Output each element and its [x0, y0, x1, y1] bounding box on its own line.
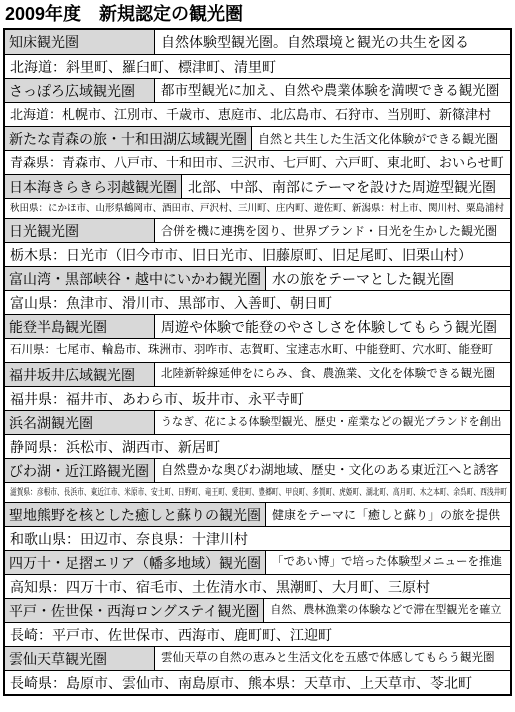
zone-name-cell: 平戸・佐世保・西海ロングステイ観光圏	[5, 599, 264, 622]
zone-description-cell: 健康をテーマに「癒しと蘇り」の旅を提供	[266, 503, 510, 526]
zone-header-row: さっぽろ広域観光圏都市型観光に加え、自然や農業体験を満喫できる観光圏	[5, 78, 510, 102]
zone-description-cell: 自然豊かな奥びわ湖地域、歴史・文化のある東近江へと誘客	[155, 459, 510, 482]
tourism-zone-table: 知床観光圏自然体験型観光圏。自然環境と観光の共生を図る北海道：斜里町、羅臼町、標…	[3, 28, 512, 696]
zone-name-cell: 四万十・足摺エリア（幡多地域）観光圏	[5, 551, 266, 574]
zone-header-row: 富山湾・黒部峡谷・越中にいかわ観光圏水の旅をテーマとした観光圏	[5, 266, 510, 290]
zone-members-row: 滋賀県：彦根市、長浜市、東近江市、米原市、安土町、日野町、竜王町、愛荘町、豊郷町…	[5, 482, 510, 502]
zone-description-cell: うなぎ、花による体験型観光、歴史・産業などの観光ブランドを創出	[155, 411, 510, 434]
zone-name-cell: 富山湾・黒部峡谷・越中にいかわ観光圏	[5, 267, 266, 290]
zone-members: 福井県：福井市、あわら市、坂井市、永平寺町	[10, 392, 304, 406]
zone-members-row: 富山県：魚津市、滑川市、黒部市、入善町、朝日町	[5, 290, 510, 314]
zone-description-cell: 水の旅をテーマとした観光圏	[266, 267, 510, 290]
zone-members-cell: 高知県：四万十市、宿毛市、土佐清水市、黒潮町、大月町、三原村	[5, 575, 510, 598]
zone-name: 能登半島観光圏	[9, 320, 107, 334]
zone-name: 新たな青森の旅・十和田湖広域観光圏	[9, 132, 247, 146]
zone-members-row: 長崎県：島原市、雲仙市、南島原市、熊本県：天草市、上天草市、苓北町	[5, 670, 510, 694]
zone-description: 合併を機に連携を図り、世界ブランド・日光を生かした観光圏	[161, 225, 497, 237]
zone-header-row: 新たな青森の旅・十和田湖広域観光圏自然と共生した生活文化体験ができる観光圏	[5, 126, 510, 150]
zone-description: 自然と共生した生活文化体験ができる観光圏	[258, 133, 498, 145]
zone-members-row: 北海道：札幌市、江別市、千歳市、恵庭市、北広島市、石狩市、当別町、新篠津村	[5, 102, 510, 126]
zone-members-cell: 北海道：斜里町、羅臼町、標津町、清里町	[5, 55, 510, 78]
zone-description-cell: 北陸新幹線延伸をにらみ、食、農漁業、文化を体験できる観光圏	[155, 363, 510, 386]
zone-description-cell: 北部、中部、南部にテーマを設けた周遊型観光圏	[182, 175, 510, 198]
zone-members-cell: 栃木県：日光市（旧今市市、旧日光市、旧藤原町、旧足尾町、旧栗山村）	[5, 243, 510, 266]
zone-description: 健康をテーマに「癒しと蘇り」の旅を提供	[272, 509, 500, 521]
zone-description: 水の旅をテーマとした観光圏	[272, 272, 454, 286]
zone-members-row: 石川県：七尾市、輪島市、珠洲市、羽咋市、志賀町、宝達志水町、中能登町、穴水町、能…	[5, 338, 510, 362]
zone-members-cell: 滋賀県：彦根市、長浜市、東近江市、米原市、安土町、日野町、竜王町、愛荘町、豊郷町…	[5, 483, 510, 502]
zone-members-cell: 静岡県：浜松市、湖西市、新居町	[5, 435, 510, 458]
zone-members-cell: 青森県：青森市、八戸市、十和田市、三沢市、七戸町、六戸町、東北町、おいらせ町	[5, 151, 510, 174]
zone-members-cell: 富山県：魚津市、滑川市、黒部市、入善町、朝日町	[5, 291, 510, 314]
zone-header-row: 能登半島観光圏周遊や体験で能登のやさしさを体験してもらう観光圏	[5, 314, 510, 338]
zone-members-cell: 北海道：札幌市、江別市、千歳市、恵庭市、北広島市、石狩市、当別町、新篠津村	[5, 103, 510, 126]
zone-name: さっぽろ広域観光圏	[9, 84, 135, 98]
zone-members-row: 長崎：平戸市、佐世保市、西海市、鹿町町、江迎町	[5, 622, 510, 646]
zone-members: 秋田県：にかほ市、山形県鶴岡市、酒田市、戸沢村、三川町、庄内町、遊佐町、新潟県：…	[10, 204, 504, 214]
zone-name: 知床観光圏	[9, 35, 79, 49]
page-title: 2009年度 新規認定の観光圏	[0, 0, 515, 28]
zone-name-cell: 日光観光圏	[5, 219, 155, 242]
zone-name: 平戸・佐世保・西海ロングステイ観光圏	[9, 604, 259, 618]
zone-description: うなぎ、花による体験型観光、歴史・産業などの観光ブランドを創出	[161, 417, 502, 428]
zone-members-cell: 石川県：七尾市、輪島市、珠洲市、羽咋市、志賀町、宝達志水町、中能登町、穴水町、能…	[5, 339, 510, 362]
zone-members-cell: 和歌山県：田辺市、奈良県：十津川村	[5, 527, 510, 550]
zone-members: 北海道：斜里町、羅臼町、標津町、清里町	[10, 60, 276, 74]
zone-members: 長崎：平戸市、佐世保市、西海市、鹿町町、江迎町	[10, 628, 332, 642]
zone-description-cell: 合併を機に連携を図り、世界ブランド・日光を生かした観光圏	[155, 219, 510, 242]
zone-name: 浜名湖観光圏	[9, 416, 93, 430]
zone-header-row: 雲仙天草観光圏雲仙天草の自然の恵みと生活文化を五感で体感してもらう観光圏	[5, 646, 510, 670]
zone-header-row: 知床観光圏自然体験型観光圏。自然環境と観光の共生を図る	[5, 30, 510, 54]
zone-name-cell: 能登半島観光圏	[5, 315, 155, 338]
zone-members-row: 静岡県：浜松市、湖西市、新居町	[5, 434, 510, 458]
zone-members: 静岡県：浜松市、湖西市、新居町	[10, 440, 220, 454]
zone-name-cell: びわ湖・近江路観光圏	[5, 459, 155, 482]
zone-name-cell: 福井坂井広域観光圏	[5, 363, 155, 386]
zone-header-row: 四万十・足摺エリア（幡多地域）観光圏「であい博」で培った体験型メニューを推進	[5, 550, 510, 574]
zone-description-cell: 都市型観光に加え、自然や農業体験を満喫できる観光圏	[155, 79, 510, 102]
zone-name-cell: 新たな青森の旅・十和田湖広域観光圏	[5, 127, 252, 150]
zone-description-cell: 「であい博」で培った体験型メニューを推進	[266, 551, 510, 574]
zone-description: 北陸新幹線延伸をにらみ、食、農漁業、文化を体験できる観光圏	[161, 369, 495, 381]
zone-members: 栃木県：日光市（旧今市市、旧日光市、旧藤原町、旧足尾町、旧栗山村）	[10, 248, 472, 262]
zone-members-cell: 秋田県：にかほ市、山形県鶴岡市、酒田市、戸沢村、三川町、庄内町、遊佐町、新潟県：…	[5, 199, 510, 218]
zone-members-row: 北海道：斜里町、羅臼町、標津町、清里町	[5, 54, 510, 78]
zone-header-row: 浜名湖観光圏うなぎ、花による体験型観光、歴史・産業などの観光ブランドを創出	[5, 410, 510, 434]
zone-header-row: 福井坂井広域観光圏北陸新幹線延伸をにらみ、食、農漁業、文化を体験できる観光圏	[5, 362, 510, 386]
zone-name: 日本海きらきら羽越観光圏	[9, 180, 177, 194]
zone-description: 雲仙天草の自然の恵みと生活文化を五感で体感してもらう観光圏	[161, 653, 495, 665]
zone-members: 和歌山県：田辺市、奈良県：十津川村	[10, 532, 248, 546]
zone-header-row: 聖地熊野を核とした癒しと蘇りの観光圏健康をテーマに「癒しと蘇り」の旅を提供	[5, 502, 510, 526]
zone-description: 北部、中部、南部にテーマを設けた周遊型観光圏	[188, 180, 496, 194]
zone-members-row: 高知県：四万十市、宿毛市、土佐清水市、黒潮町、大月町、三原村	[5, 574, 510, 598]
zone-members-cell: 福井県：福井市、あわら市、坂井市、永平寺町	[5, 387, 510, 410]
zone-header-row: 日光観光圏合併を機に連携を図り、世界ブランド・日光を生かした観光圏	[5, 218, 510, 242]
zone-name: 福井坂井広域観光圏	[9, 368, 135, 382]
zone-description-cell: 自然、農林漁業の体験などで滞在型観光を確立	[264, 599, 510, 622]
zone-members-row: 和歌山県：田辺市、奈良県：十津川村	[5, 526, 510, 550]
zone-name-cell: 聖地熊野を核とした癒しと蘇りの観光圏	[5, 503, 266, 526]
zone-name: 四万十・足摺エリア（幡多地域）観光圏	[9, 556, 261, 570]
zone-description: 「であい博」で培った体験型メニューを推進	[272, 557, 502, 569]
zone-members: 長崎県：島原市、雲仙市、南島原市、熊本県：天草市、上天草市、苓北町	[10, 676, 472, 690]
zone-members: 富山県：魚津市、滑川市、黒部市、入善町、朝日町	[10, 296, 332, 310]
zone-name-cell: さっぽろ広域観光圏	[5, 79, 155, 102]
zone-name-cell: 日本海きらきら羽越観光圏	[5, 175, 182, 198]
zone-name: 聖地熊野を核とした癒しと蘇りの観光圏	[9, 508, 261, 522]
zone-members-row: 秋田県：にかほ市、山形県鶴岡市、酒田市、戸沢村、三川町、庄内町、遊佐町、新潟県：…	[5, 198, 510, 218]
zone-header-row: 日本海きらきら羽越観光圏北部、中部、南部にテーマを設けた周遊型観光圏	[5, 174, 510, 198]
zone-header-row: びわ湖・近江路観光圏自然豊かな奥びわ湖地域、歴史・文化のある東近江へと誘客	[5, 458, 510, 482]
zone-members: 北海道：札幌市、江別市、千歳市、恵庭市、北広島市、石狩市、当別町、新篠津村	[10, 108, 491, 121]
zone-members-row: 青森県：青森市、八戸市、十和田市、三沢市、七戸町、六戸町、東北町、おいらせ町	[5, 150, 510, 174]
zone-header-row: 平戸・佐世保・西海ロングステイ観光圏自然、農林漁業の体験などで滞在型観光を確立	[5, 598, 510, 622]
zone-members-cell: 長崎：平戸市、佐世保市、西海市、鹿町町、江迎町	[5, 623, 510, 646]
zone-members: 青森県：青森市、八戸市、十和田市、三沢市、七戸町、六戸町、東北町、おいらせ町	[10, 156, 504, 169]
zone-members-row: 栃木県：日光市（旧今市市、旧日光市、旧藤原町、旧足尾町、旧栗山村）	[5, 242, 510, 266]
zone-name: 富山湾・黒部峡谷・越中にいかわ観光圏	[9, 272, 261, 286]
zone-members: 高知県：四万十市、宿毛市、土佐清水市、黒潮町、大月町、三原村	[10, 580, 430, 594]
zone-members: 滋賀県：彦根市、長浜市、東近江市、米原市、安土町、日野町、竜王町、愛荘町、豊郷町…	[10, 488, 507, 497]
zone-description: 自然体験型観光圏。自然環境と観光の共生を図る	[161, 35, 469, 49]
zone-name: 雲仙天草観光圏	[9, 652, 107, 666]
zone-name: 日光観光圏	[9, 224, 79, 238]
zone-description-cell: 自然体験型観光圏。自然環境と観光の共生を図る	[155, 30, 510, 54]
zone-description-cell: 周遊や体験で能登のやさしさを体験してもらう観光圏	[155, 315, 510, 338]
zone-name-cell: 雲仙天草観光圏	[5, 647, 155, 670]
zone-name: びわ湖・近江路観光圏	[9, 464, 149, 478]
zone-description: 自然、農林漁業の体験などで滞在型観光を確立	[270, 605, 501, 616]
zone-members-row: 福井県：福井市、あわら市、坂井市、永平寺町	[5, 386, 510, 410]
zone-description-cell: 自然と共生した生活文化体験ができる観光圏	[252, 127, 510, 150]
zone-members-cell: 長崎県：島原市、雲仙市、南島原市、熊本県：天草市、上天草市、苓北町	[5, 671, 510, 694]
zone-name-cell: 浜名湖観光圏	[5, 411, 155, 434]
zone-name-cell: 知床観光圏	[5, 30, 155, 54]
zone-description: 自然豊かな奥びわ湖地域、歴史・文化のある東近江へと誘客	[161, 464, 499, 477]
zone-description: 周遊や体験で能登のやさしさを体験してもらう観光圏	[161, 320, 497, 334]
zone-members: 石川県：七尾市、輪島市、珠洲市、羽咋市、志賀町、宝達志水町、中能登町、穴水町、能…	[10, 345, 493, 357]
zone-description-cell: 雲仙天草の自然の恵みと生活文化を五感で体感してもらう観光圏	[155, 647, 510, 670]
zone-description: 都市型観光に加え、自然や農業体験を満喫できる観光圏	[161, 84, 499, 98]
